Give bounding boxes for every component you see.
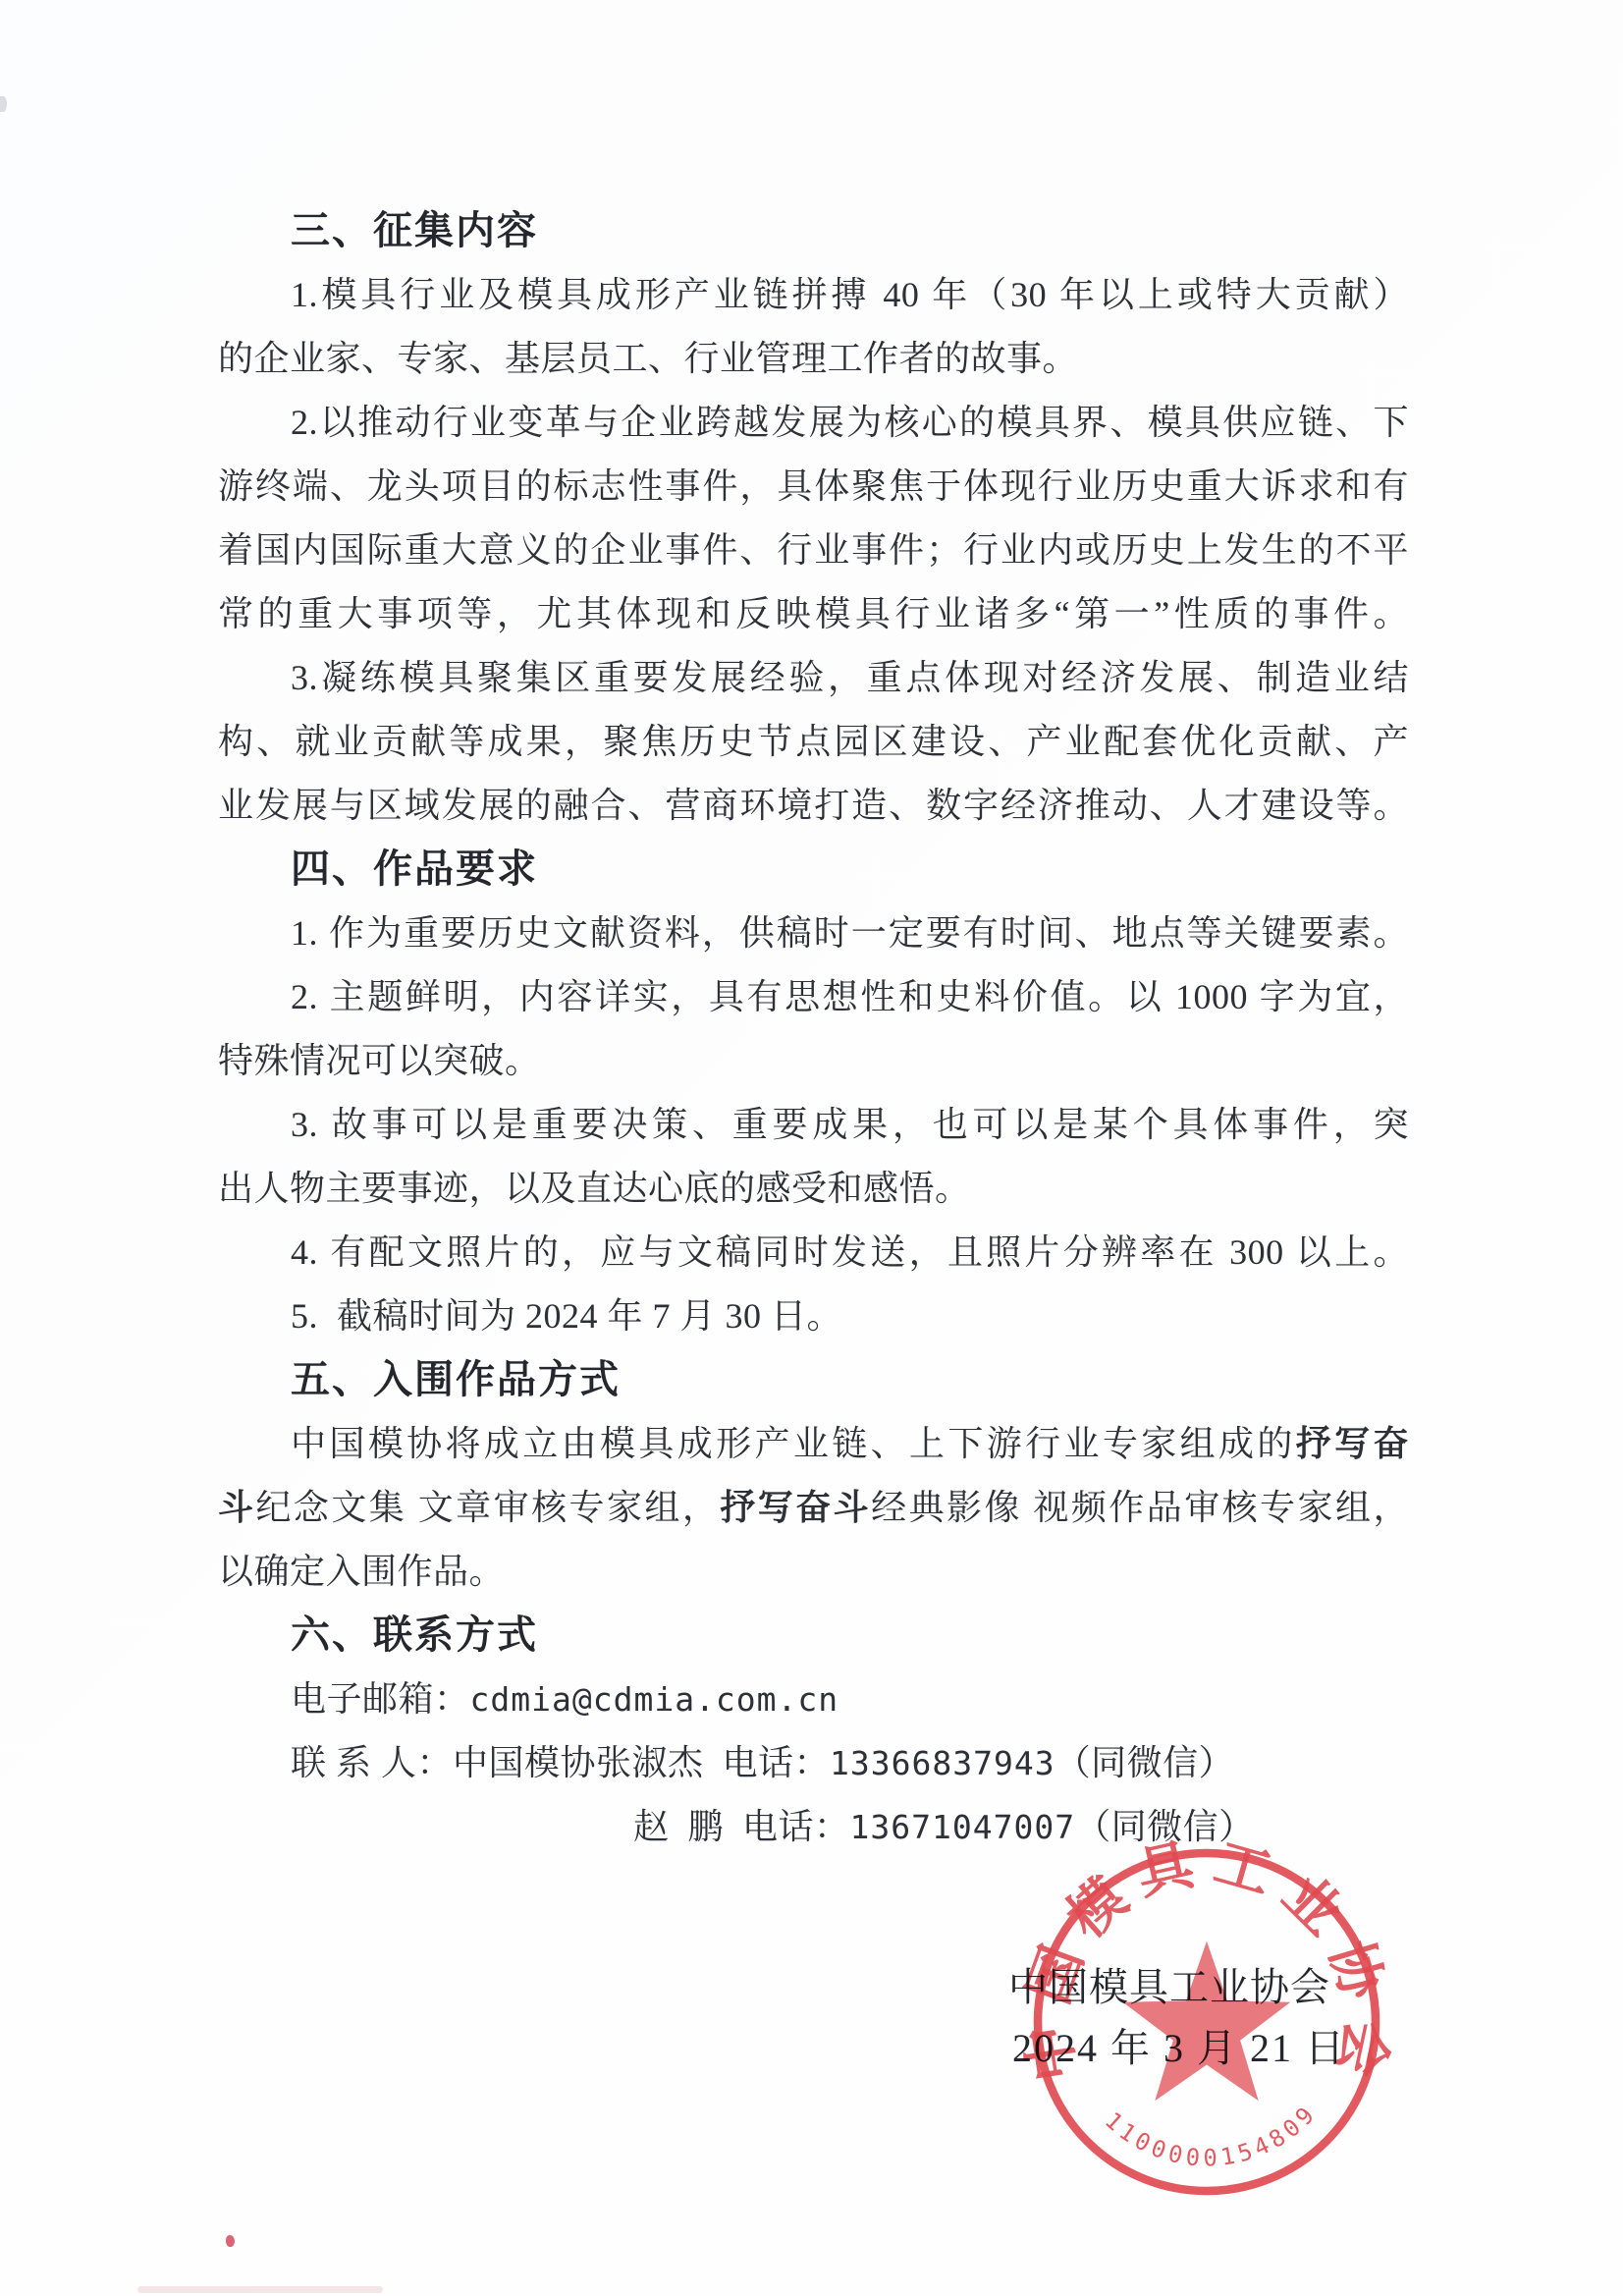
text-segment: 2.以推动行业变革与企业跨越发展为核心的模具界、模具供应链、下 <box>291 403 1409 442</box>
para-3-2-line-3: 着国内国际重大意义的企业事件、行业事件；行业内或历史上发生的不平 <box>218 527 1409 573</box>
heading-section-4: 四、作品要求 <box>291 847 538 892</box>
para-5-1-line-3: 以确定入围作品。 <box>218 1549 505 1594</box>
text-segment: 中国模协将成立由模具成形产业链、上下游行业专家组成的 <box>291 1424 1296 1463</box>
text-segment: 1. 作为重要历史文献资料，供稿时一定要有时间、地点等关键要素。 <box>291 913 1409 953</box>
text-segment: 3. 故事可以是重要决策、重要成果，也可以是某个具体事件，突 <box>291 1105 1409 1144</box>
text-segment: 三、征集内容 <box>291 209 538 252</box>
red-ink-speck <box>226 2235 235 2247</box>
para-4-3-line-1: 3. 故事可以是重要决策、重要成果，也可以是某个具体事件，突 <box>291 1102 1409 1147</box>
text-segment: 出人物主要事迹，以及直达心底的感受和感悟。 <box>218 1169 971 1208</box>
text-segment: 着国内国际重大意义的企业事件、行业事件；行业内或历史上发生的不平 <box>218 530 1409 570</box>
heading-section-6: 六、联系方式 <box>291 1613 538 1658</box>
para-4-2-line-1: 2. 主题鲜明，内容详实，具有思想性和史料价值。以 1000 字为宜， <box>291 974 1409 1019</box>
seal-code: 1100000154809 <box>1100 2099 1323 2172</box>
text-segment: 六、联系方式 <box>291 1613 538 1657</box>
text-segment: 业发展与区域发展的融合、营商环境打造、数字经济推动、人才建设等。 <box>218 786 1409 825</box>
text-segment: 经典影像 视频作品审核专家组， <box>871 1488 1409 1527</box>
text-segment: 四、作品要求 <box>291 847 538 891</box>
text-segment: 2. 主题鲜明，内容详实，具有思想性和史料价值。以 1000 字为宜， <box>291 977 1409 1016</box>
text-segment: 特殊情况可以突破。 <box>218 1041 541 1080</box>
text-segment: 构、就业贡献等成果，聚焦历史节点园区建设、产业配套优化贡献、产 <box>218 722 1409 761</box>
text-segment: 1.模具行业及模具成形产业链拼搏 40 年（30 年以上或特大贡献） <box>291 275 1409 314</box>
para-4-2-line-2: 特殊情况可以突破。 <box>218 1038 541 1083</box>
para-4-5: 5. 截稿时间为 2024 年 7 月 30 日。 <box>291 1293 842 1339</box>
text-segment: 3.凝练模具聚集区重要发展经验，重点体现对经济发展、制造业结 <box>291 658 1409 697</box>
para-3-3-line-1: 3.凝练模具聚集区重要发展经验，重点体现对经济发展、制造业结 <box>291 655 1409 700</box>
scan-bottom-smudge <box>137 2286 383 2293</box>
scan-edge-mark <box>0 96 7 112</box>
text-segment: 五、入围作品方式 <box>291 1358 621 1401</box>
text-segment-bold: 抒写奋斗 <box>720 1487 871 1527</box>
para-3-2-line-4: 常的重大事项等，尤其体现和反映模具行业诸多“第一”性质的事件。 <box>218 591 1409 636</box>
text-segment: 纪念文集 文章审核专家组， <box>255 1488 720 1527</box>
text-segment-latin: 13366837943 <box>830 1744 1055 1782</box>
document-page: 三、征集内容1.模具行业及模具成形产业链拼搏 40 年（30 年以上或特大贡献）… <box>0 0 1623 2296</box>
text-segment: 常的重大事项等，尤其体现和反映模具行业诸多“第一”性质的事件。 <box>218 594 1409 633</box>
contact-email: 电子邮箱：cdmia@cdmia.com.cn <box>291 1676 839 1722</box>
para-3-2-line-1: 2.以推动行业变革与企业跨越发展为核心的模具界、模具供应链、下 <box>291 400 1409 445</box>
text-segment: 的企业家、专家、基层员工、行业管理工作者的故事。 <box>218 339 1078 378</box>
para-4-3-line-2: 出人物主要事迹，以及直达心底的感受和感悟。 <box>218 1166 971 1211</box>
para-3-3-line-2: 构、就业贡献等成果，聚焦历史节点园区建设、产业配套优化贡献、产 <box>218 719 1409 764</box>
para-4-1: 1. 作为重要历史文献资料，供稿时一定要有时间、地点等关键要素。 <box>291 910 1409 956</box>
para-3-1-line-1: 1.模具行业及模具成形产业链拼搏 40 年（30 年以上或特大贡献） <box>291 272 1409 317</box>
text-segment: 以确定入围作品。 <box>218 1552 505 1591</box>
official-seal: 中国模具工业协会 1100000154809 <box>1021 1836 1392 2208</box>
seal-star-icon <box>1123 1941 1291 2101</box>
text-segment: （同微信） <box>1055 1743 1235 1782</box>
text-segment: 联 系 人：中国模协张淑杰 电话： <box>291 1743 830 1782</box>
heading-section-3: 三、征集内容 <box>291 208 538 253</box>
para-3-3-line-3: 业发展与区域发展的融合、营商环境打造、数字经济推动、人才建设等。 <box>218 783 1409 828</box>
svg-text:1100000154809: 1100000154809 <box>1100 2099 1323 2172</box>
text-segment: 4. 有配文照片的，应与文稿同时发送，且照片分辨率在 300 以上。 <box>291 1232 1409 1272</box>
para-5-1-line-1: 中国模协将成立由模具成形产业链、上下游行业专家组成的抒写奋 <box>291 1421 1409 1466</box>
para-5-1-line-2: 斗纪念文集 文章审核专家组，抒写奋斗经典影像 视频作品审核专家组， <box>218 1485 1409 1530</box>
text-segment-latin: cdmia@cdmia.com.cn <box>470 1680 839 1719</box>
para-4-4: 4. 有配文照片的，应与文稿同时发送，且照片分辨率在 300 以上。 <box>291 1230 1409 1275</box>
text-segment: 游终端、龙头项目的标志性事件，具体聚焦于体现行业历史重大诉求和有 <box>218 466 1409 506</box>
para-3-1-line-2: 的企业家、专家、基层员工、行业管理工作者的故事。 <box>218 336 1078 381</box>
text-segment: 5. 截稿时间为 2024 年 7 月 30 日。 <box>291 1296 842 1336</box>
text-segment: 电子邮箱： <box>291 1679 470 1719</box>
heading-section-5: 五、入围作品方式 <box>291 1357 621 1402</box>
text-segment-bold: 斗 <box>218 1487 255 1527</box>
contact-person-1: 联 系 人：中国模协张淑杰 电话：13366837943（同微信） <box>291 1740 1234 1786</box>
text-segment-bold: 抒写奋 <box>1296 1423 1409 1463</box>
text-segment: 赵 鹏 电话： <box>633 1807 850 1846</box>
para-3-2-line-2: 游终端、龙头项目的标志性事件，具体聚焦于体现行业历史重大诉求和有 <box>218 464 1409 509</box>
